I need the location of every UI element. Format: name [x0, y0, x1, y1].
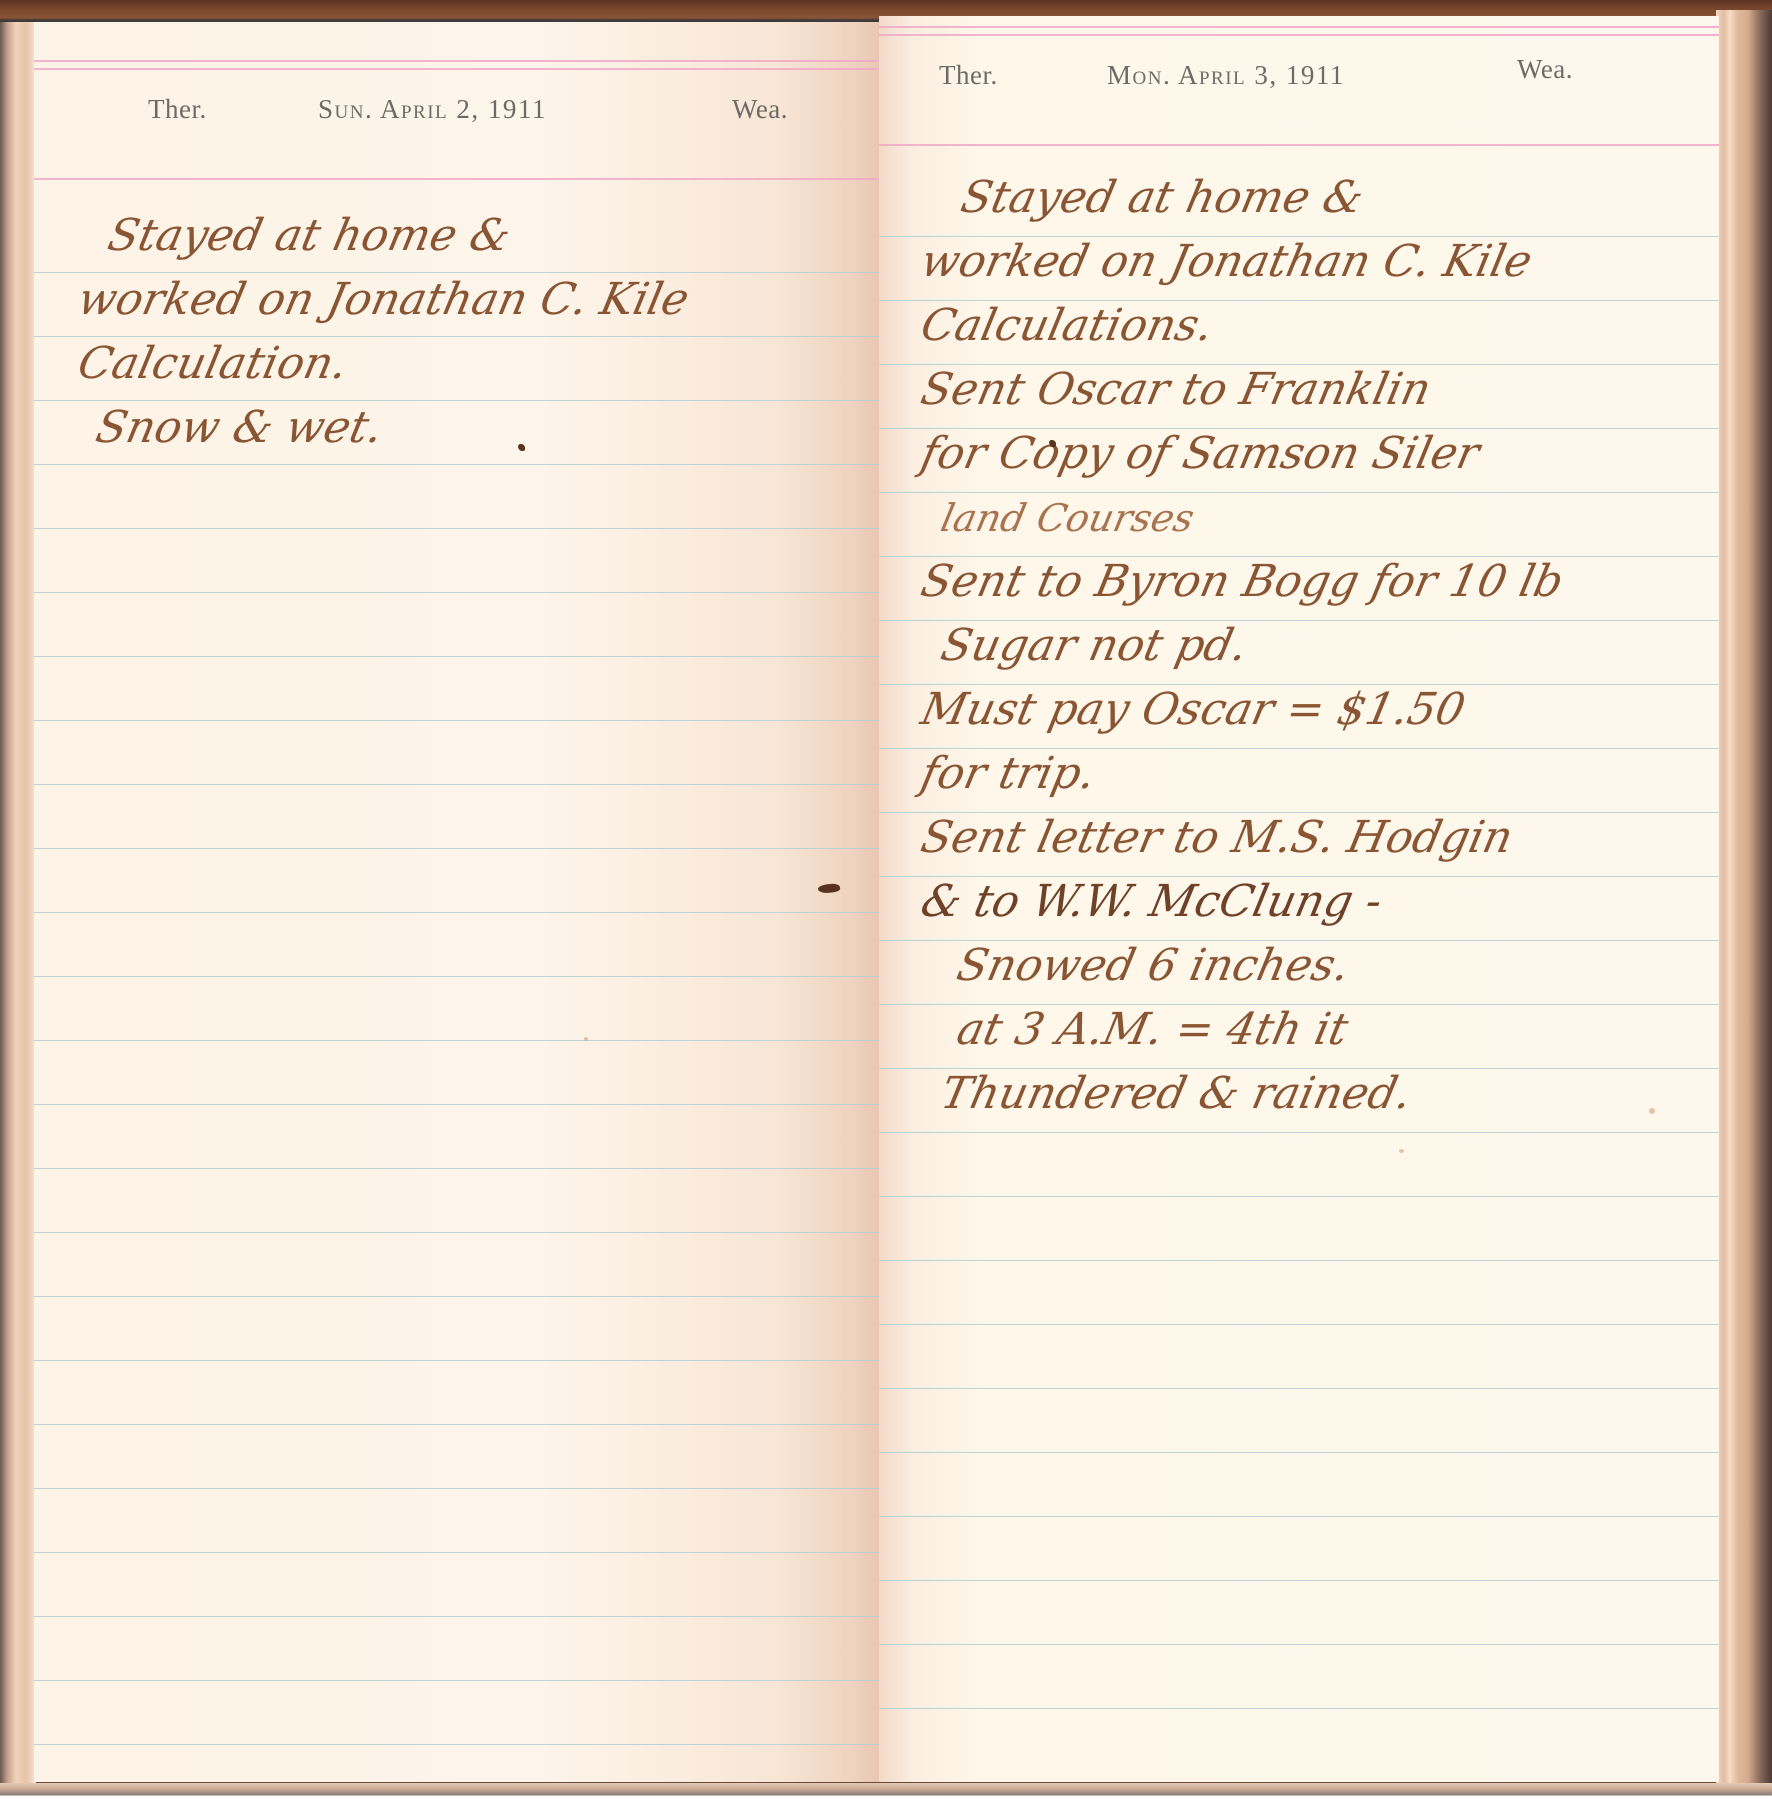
- left-handwritten-entry: Stayed at home & worked on Jonathan C. K…: [72, 204, 681, 460]
- ruled-line: [34, 1296, 879, 1297]
- weather-label: Wea.: [732, 94, 788, 125]
- entry-line: Calculation.: [72, 332, 695, 396]
- ruled-line: [34, 912, 879, 913]
- thermometer-label: Ther.: [148, 94, 207, 125]
- ruled-line: [879, 1324, 1719, 1325]
- header-top-rule-2: [879, 34, 1719, 36]
- entry-line: for trip.: [915, 742, 1569, 806]
- entry-line: Thundered & rained.: [915, 1062, 1569, 1126]
- ruled-line: [34, 592, 879, 593]
- right-page: Ther. Mon. April 3, 1911 Wea. Stayed at …: [879, 16, 1719, 1782]
- book-edge-left: [0, 22, 36, 1790]
- ink-dot: [1049, 440, 1056, 447]
- ruled-line: [879, 1260, 1719, 1261]
- ruled-line: [34, 656, 879, 657]
- ruled-line: [34, 1360, 879, 1361]
- entry-line: worked on Jonathan C. Kile: [915, 230, 1569, 294]
- header-bottom-rule: [879, 144, 1719, 146]
- paper-stain: [1399, 1149, 1404, 1153]
- entry-line: land Courses: [915, 486, 1569, 550]
- thermometer-label: Ther.: [939, 60, 998, 91]
- ruled-line: [879, 1452, 1719, 1453]
- ruled-line: [34, 528, 879, 529]
- ruled-line: [34, 976, 879, 977]
- entry-line: at 3 A.M. = 4th it: [915, 998, 1569, 1062]
- left-page: Ther. Sun. April 2, 1911 Wea. Stayed at …: [34, 22, 879, 1782]
- ruled-line: [34, 1616, 879, 1617]
- entry-line: Stayed at home &: [915, 166, 1569, 230]
- paper-stain: [1649, 1108, 1655, 1114]
- right-handwritten-entry: Stayed at home & worked on Jonathan C. K…: [915, 166, 1556, 1126]
- entry-line: worked on Jonathan C. Kile: [72, 268, 695, 332]
- entry-line: Sugar not pd.: [915, 614, 1569, 678]
- book-edge-right: [1716, 10, 1772, 1790]
- entry-line: & to W.W. McClung -: [915, 870, 1569, 934]
- ruled-line: [34, 784, 879, 785]
- entry-line: Must pay Oscar = $1.50: [915, 678, 1569, 742]
- entry-line: Stayed at home &: [72, 204, 695, 268]
- entry-line: Sent letter to M.S. Hodgin: [915, 806, 1569, 870]
- ruled-line: [879, 1580, 1719, 1581]
- ruled-line: [879, 1516, 1719, 1517]
- ruled-line: [879, 1644, 1719, 1645]
- ruled-line: [34, 464, 879, 465]
- ruled-line: [34, 720, 879, 721]
- ruled-line: [34, 848, 879, 849]
- header-top-rule-2: [34, 68, 879, 70]
- ruled-line: [34, 1424, 879, 1425]
- ink-dot: [518, 444, 525, 451]
- ruled-line: [34, 1552, 879, 1553]
- ruled-line: [34, 1168, 879, 1169]
- ruled-line: [879, 1388, 1719, 1389]
- entry-date: Sun. April 2, 1911: [318, 94, 547, 125]
- header-top-rule: [879, 26, 1719, 28]
- ruled-line: [879, 1196, 1719, 1197]
- ink-blot-mark: [817, 882, 840, 895]
- entry-line: Snowed 6 inches.: [915, 934, 1569, 998]
- header-bottom-rule: [34, 178, 879, 180]
- ruled-line: [34, 1232, 879, 1233]
- entry-line: Snow & wet.: [72, 396, 695, 460]
- weather-label: Wea.: [1517, 54, 1573, 85]
- entry-line: for Copy of Samson Siler: [915, 422, 1569, 486]
- entry-line: Calculations.: [915, 294, 1569, 358]
- entry-line: Sent to Byron Bogg for 10 lb: [915, 550, 1569, 614]
- ruled-line: [34, 1040, 879, 1041]
- book-bottom-edge: [0, 1783, 1772, 1799]
- entry-line: Sent Oscar to Franklin: [915, 358, 1569, 422]
- ruled-line: [34, 1104, 879, 1105]
- ruled-line: [879, 1132, 1719, 1133]
- ruled-line: [879, 1708, 1719, 1709]
- diary-scan: Ther. Sun. April 2, 1911 Wea. Stayed at …: [0, 0, 1772, 1799]
- paper-stain: [584, 1037, 588, 1041]
- entry-date: Mon. April 3, 1911: [1107, 60, 1345, 91]
- ruled-line: [34, 1680, 879, 1681]
- ruled-line: [34, 1744, 879, 1745]
- ruled-line: [34, 1488, 879, 1489]
- header-top-rule: [34, 60, 879, 62]
